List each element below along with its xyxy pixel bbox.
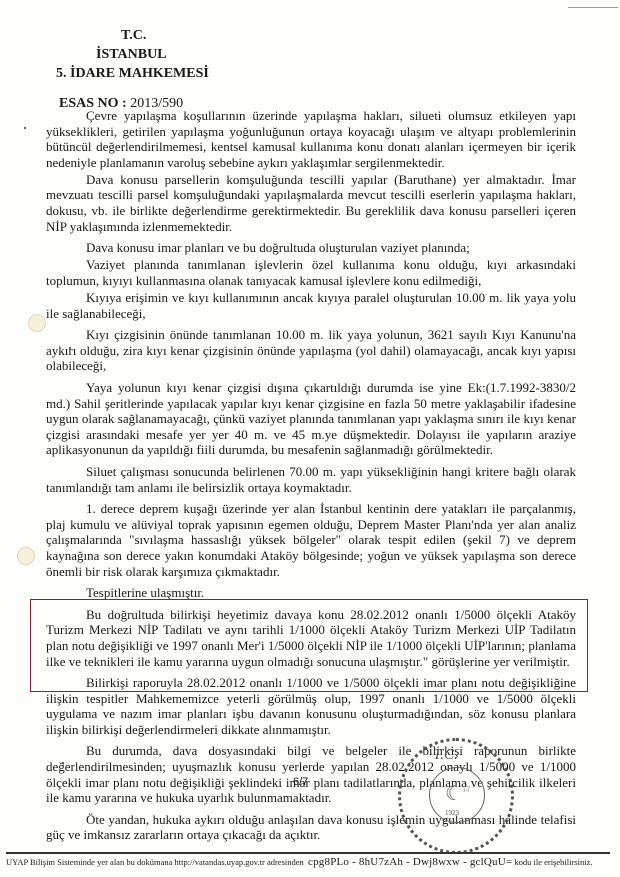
scan-edge-line (568, 7, 618, 8)
court-header: T.C. İSTANBUL 5. İDARE MAHKEMESİ (56, 26, 256, 83)
footer-note: UYAP Bilişim Sisteminde yer alan bu dokü… (6, 856, 616, 868)
scan-speck (24, 127, 26, 129)
paragraph: Siluet çalışması sonucunda belirlenen 70… (46, 464, 576, 495)
paragraph: Yaya yolunun kıyı kenar çizgisi dışına ç… (46, 380, 576, 458)
page-number: 6/7 (293, 776, 308, 788)
footer-divider (6, 852, 610, 854)
paragraph: Çevre yapılaşma koşullarının üzerinde ya… (46, 108, 576, 170)
document-body: Çevre yapılaşma koşullarının üzerinde ya… (46, 108, 576, 845)
punch-hole-mark (28, 314, 46, 332)
header-city: İSTANBUL (56, 45, 256, 64)
verification-code: cpg8PLo - 8hU7zAh - Dwj8wxw - gclQuU= (308, 856, 512, 868)
stamp-label: T.C. (433, 747, 458, 764)
scan-speck (101, 832, 103, 834)
stamp-year: 1923 (445, 809, 459, 817)
footer-prefix: UYAP Bilişim Sisteminde yer alan bu dokü… (6, 857, 304, 867)
paragraph: Dava konusu parsellerin komşuluğunda tes… (46, 172, 576, 234)
punch-hole-mark (17, 547, 35, 565)
footer-suffix: kodu ile erişebilirsiniz. (514, 857, 592, 867)
header-court: 5. İDARE MAHKEMESİ (56, 64, 256, 83)
paragraph: 1. derece deprem kuşağı üzerinde yer ala… (46, 501, 576, 579)
scan-speck (62, 762, 64, 764)
highlight-box (30, 599, 588, 692)
document-page: T.C. İSTANBUL 5. İDARE MAHKEMESİ ESAS NO… (0, 0, 620, 877)
scan-speck (69, 347, 71, 349)
court-seal-stamp: T.C. ☾ ☆ 1923 (398, 738, 514, 854)
paragraph: Kıyıya erişimin ve kıyı kullanımının anc… (46, 290, 576, 321)
paragraph: Dava konusu imar planları ve bu doğrultu… (46, 240, 576, 256)
header-tc: T.C. (56, 26, 256, 45)
paragraph: Kıyı çizgisinin önünde tanımlanan 10.00 … (46, 327, 576, 374)
star-icon: ☆ (461, 781, 472, 796)
paragraph: Vaziyet planında tanımlanan işlevlerin ö… (46, 257, 576, 288)
